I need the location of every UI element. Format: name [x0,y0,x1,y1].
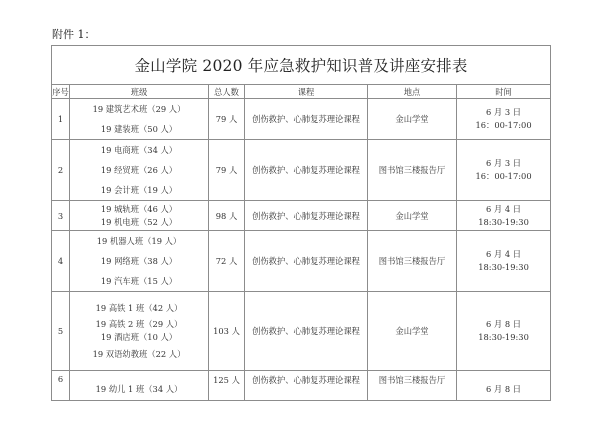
row-location: 图书馆三楼报告厅 [368,371,457,401]
row-course: 创伤救护、心肺复苏理论课程 [245,292,368,371]
row-index: 1 [52,99,70,140]
row-time-range: 18:30-19:30 [457,331,550,344]
table-title: 金山学院 2020 年应急救护知识普及讲座安排表 [52,46,551,85]
row-classes: 19 幼儿 1 班（34 人） [70,371,209,401]
row-index: 3 [52,201,70,231]
row-classes: 19 城轨班（46 人） 19 机电班（52 人） [70,201,209,231]
row-time: 6 月 4 日 18:30-19:30 [457,201,551,231]
row-location: 金山学堂 [368,201,457,231]
table-row: 1 19 建筑艺术班（29 人） 19 建装班（50 人） 79 人 创伤救护、… [52,99,551,140]
schedule-table: 金山学院 2020 年应急救护知识普及讲座安排表 序号 班级 总人数 课程 地点… [51,45,551,401]
header-location: 地点 [368,85,457,99]
row-date: 6 月 3 日 [457,106,550,119]
table-row: 3 19 城轨班（46 人） 19 机电班（52 人） 98 人 创伤救护、心肺… [52,201,551,231]
class-entry: 19 汽车班（15 人） [70,271,208,291]
row-time: 6 月 3 日 16：00-17:00 [457,99,551,140]
header-course: 课程 [245,85,368,99]
row-total: 103 人 [209,292,245,371]
row-time: 6 月 4 日 18:30-19:30 [457,231,551,292]
row-course: 创伤救护、心肺复苏理论课程 [245,201,368,231]
row-time: 6 月 8 日 [457,371,551,401]
row-location: 金山学堂 [368,292,457,371]
row-index: 6 [52,371,70,401]
row-total: 98 人 [209,201,245,231]
row-time: 6 月 3 日 16：00-17:00 [457,140,551,201]
header-index: 序号 [52,85,70,99]
class-entry: 19 机器人班（19 人） [70,231,208,251]
row-total: 79 人 [209,140,245,201]
class-entry: 19 机电班（52 人） [70,216,208,229]
header-row: 序号 班级 总人数 课程 地点 时间 [52,85,551,99]
row-index: 5 [52,292,70,371]
class-entry: 19 建装班（50 人） [70,119,208,139]
table-row: 5 19 高铁 1 班（42 人） 19 高铁 2 班（29 人） 19 酒店班… [52,292,551,371]
row-time-range: 16：00-17:00 [457,119,550,132]
class-entry: 19 双语幼教班（22 人） [70,344,208,364]
row-classes: 19 机器人班（19 人） 19 网络班（38 人） 19 汽车班（15 人） [70,231,209,292]
row-total: 79 人 [209,99,245,140]
row-total: 72 人 [209,231,245,292]
row-location: 金山学堂 [368,99,457,140]
row-course: 创伤救护、心肺复苏理论课程 [245,371,368,401]
row-time: 6 月 8 日 18:30-19:30 [457,292,551,371]
class-entry: 19 电商班（34 人） [70,140,208,160]
class-entry: 19 高铁 2 班（29 人） [70,318,208,331]
row-date: 6 月 3 日 [457,157,550,170]
row-time-range: 18:30-19:30 [457,261,550,274]
row-classes: 19 高铁 1 班（42 人） 19 高铁 2 班（29 人） 19 酒店班（1… [70,292,209,371]
attachment-label: 附件 1： [52,26,96,42]
row-course: 创伤救护、心肺复苏理论课程 [245,231,368,292]
table-row: 2 19 电商班（34 人） 19 经贸班（26 人） 19 会计班（19 人）… [52,140,551,201]
table-row: 4 19 机器人班（19 人） 19 网络班（38 人） 19 汽车班（15 人… [52,231,551,292]
row-date: 6 月 4 日 [457,203,550,216]
class-entry: 19 建筑艺术班（29 人） [70,99,208,119]
class-entry: 19 酒店班（10 人） [70,331,208,344]
row-location: 图书馆三楼报告厅 [368,140,457,201]
header-time: 时间 [457,85,551,99]
row-time-range: 16：00-17:00 [457,170,550,183]
row-index: 4 [52,231,70,292]
header-classes: 班级 [70,85,209,99]
class-entry: 19 经贸班（26 人） [70,160,208,180]
row-classes: 19 电商班（34 人） 19 经贸班（26 人） 19 会计班（19 人） [70,140,209,201]
row-classes: 19 建筑艺术班（29 人） 19 建装班（50 人） [70,99,209,140]
row-date: 6 月 8 日 [457,383,550,395]
row-date: 6 月 8 日 [457,318,550,331]
row-location: 图书馆三楼报告厅 [368,231,457,292]
class-entry: 19 幼儿 1 班（34 人） [70,383,208,395]
row-date: 6 月 4 日 [457,248,550,261]
row-course: 创伤救护、心肺复苏理论课程 [245,99,368,140]
row-index: 2 [52,140,70,201]
class-entry: 19 城轨班（46 人） [70,203,208,216]
header-total: 总人数 [209,85,245,99]
table-row: 6 19 幼儿 1 班（34 人） 125 人 创伤救护、心肺复苏理论课程 图书… [52,371,551,401]
class-entry: 19 高铁 1 班（42 人） [70,298,208,318]
class-entry: 19 会计班（19 人） [70,180,208,200]
class-entry: 19 网络班（38 人） [70,251,208,271]
row-total: 125 人 [209,371,245,401]
row-course: 创伤救护、心肺复苏理论课程 [245,140,368,201]
row-time-range: 18:30-19:30 [457,216,550,229]
